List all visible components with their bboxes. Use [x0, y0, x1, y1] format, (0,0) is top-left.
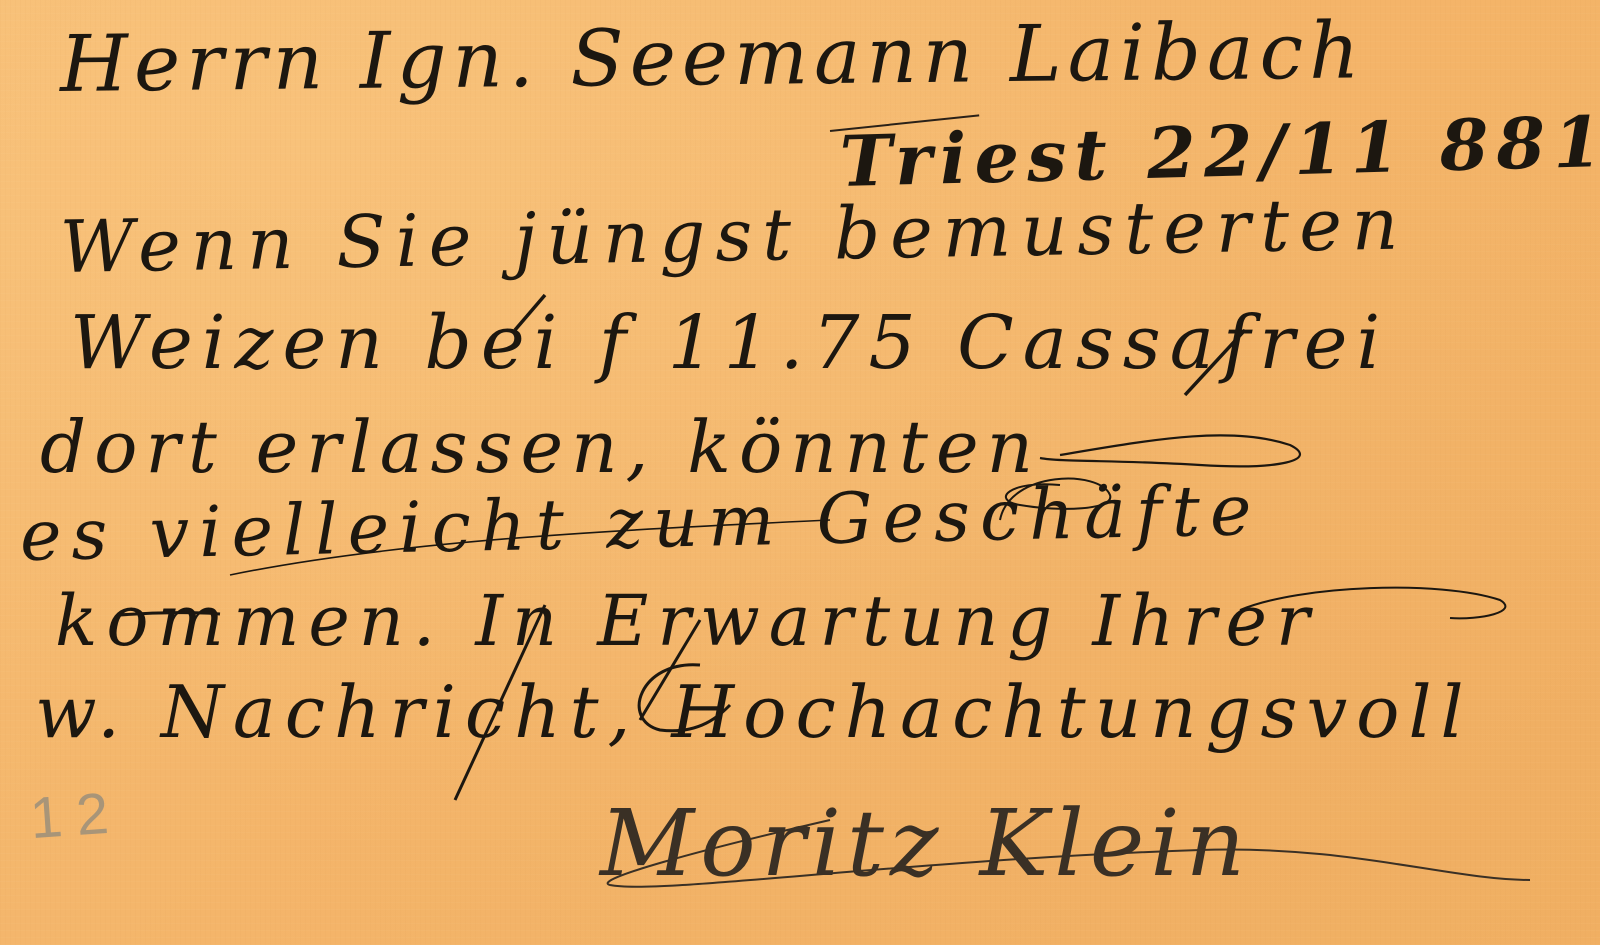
body-line-6: w. Nachricht, Hochachtungsvoll [35, 670, 1473, 754]
postcard: Herrn Ign. Seemann Laibach Triest 22/11 … [0, 0, 1600, 945]
body-line-1: Wenn Sie jüngst bemusterten [59, 181, 1409, 289]
body-line-2: Weizen bei f 11.75 Cassafrei [70, 300, 1389, 386]
signature: Moritz Klein [600, 790, 1251, 897]
address-line: Herrn Ign. Seemann Laibach [60, 6, 1366, 110]
body-line-5: kommen. In Erwartung Ihrer [55, 580, 1318, 662]
pencil-annotation: 12 [28, 779, 125, 852]
